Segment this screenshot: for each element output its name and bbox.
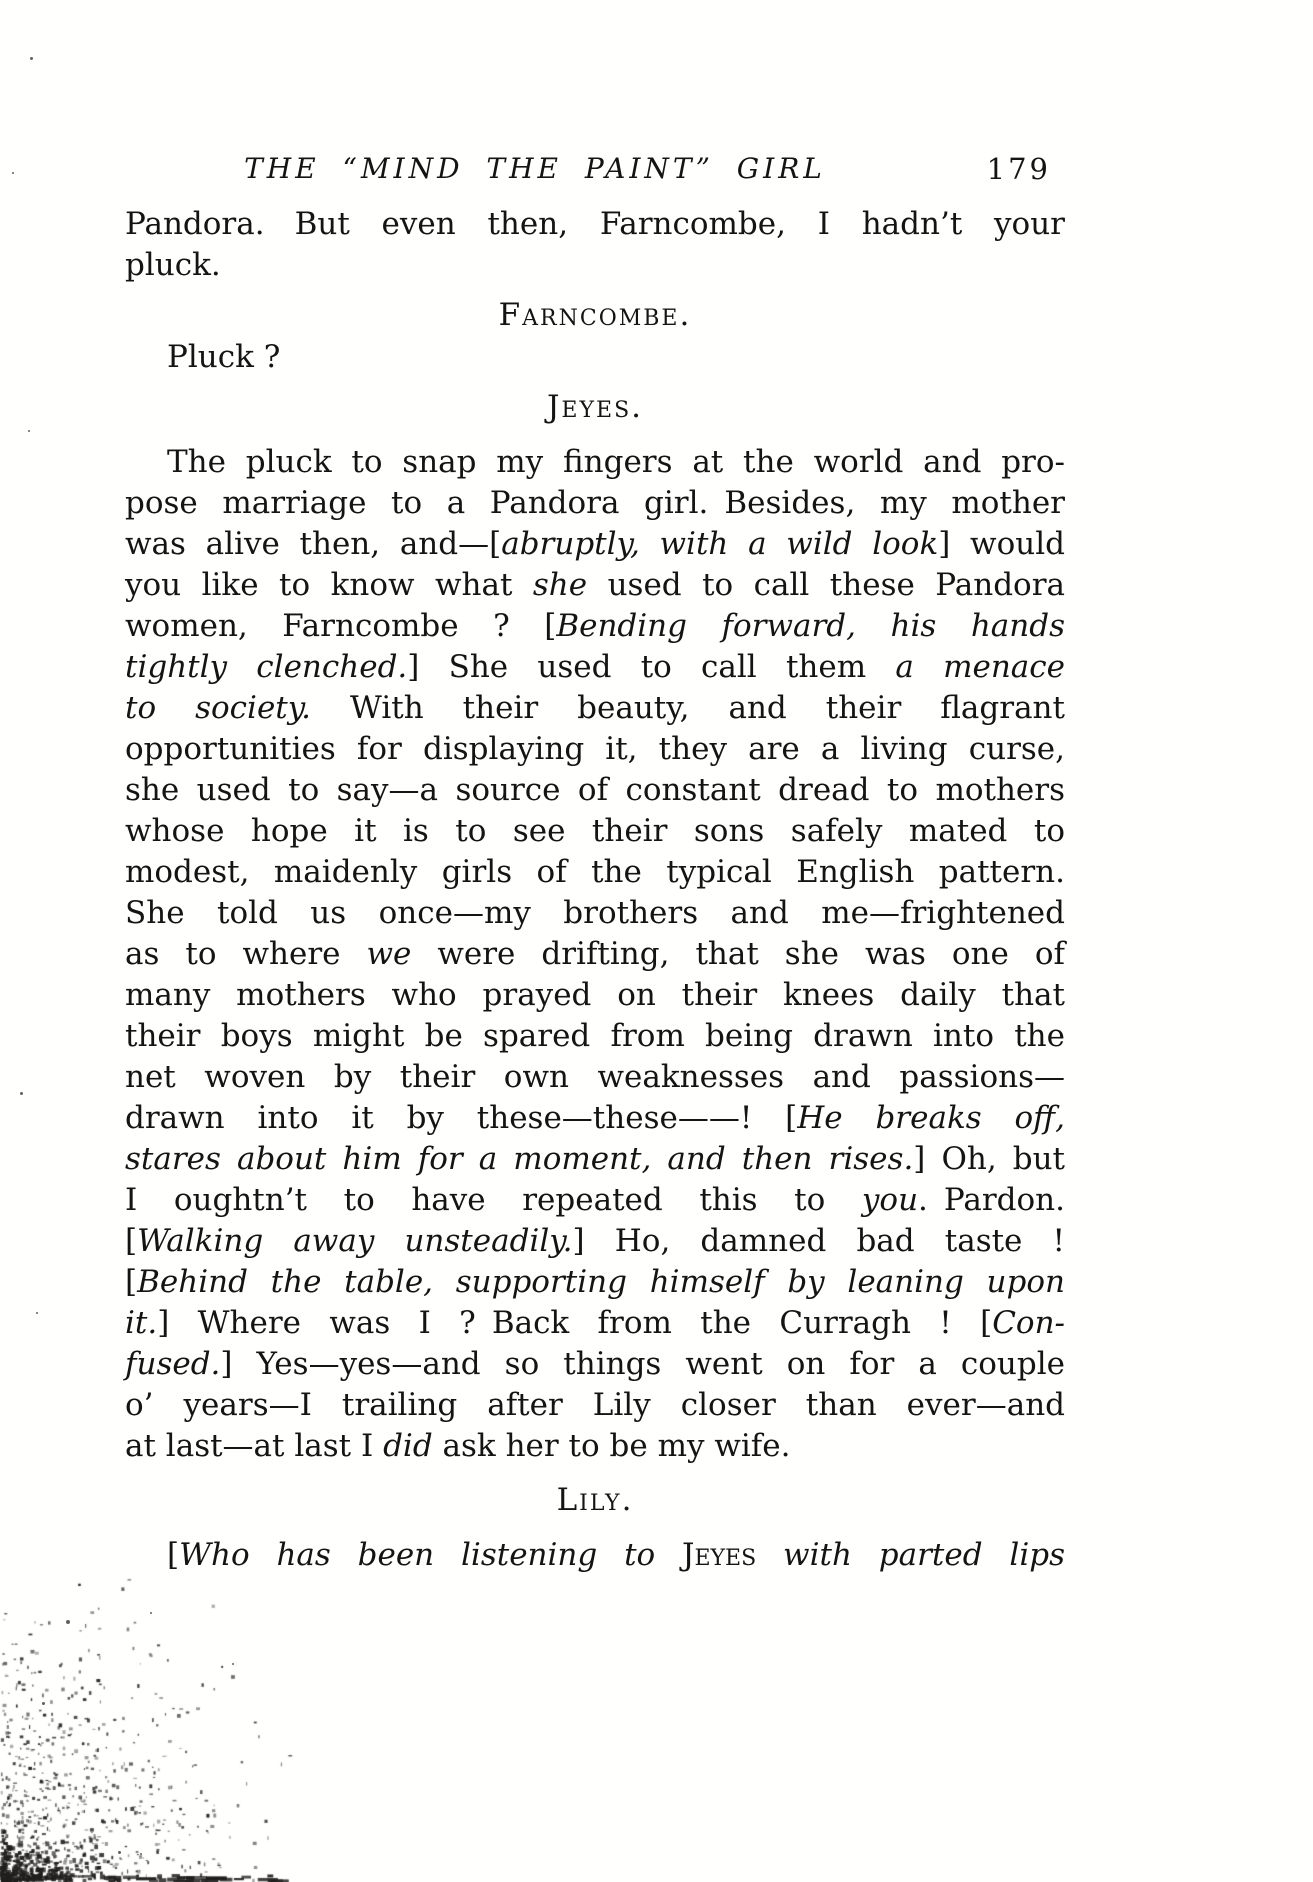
text-segment: o’ years—I trailing after Lily closer th… bbox=[125, 1387, 1065, 1423]
text-line: pluck. bbox=[125, 245, 1065, 286]
text-segment: Bending forward, his hands bbox=[556, 608, 1065, 644]
speaker-farncombe: Farncombe. bbox=[125, 295, 1065, 336]
text-segment: Con- bbox=[992, 1305, 1065, 1341]
text-segment: was alive then, and—[ bbox=[125, 526, 501, 562]
text-segment: She told us once—my brothers and me—frig… bbox=[125, 895, 1065, 931]
text-segment: drawn into it by these—these——! [ bbox=[125, 1100, 797, 1136]
text-line: I oughtn’t to have repeated this to you.… bbox=[125, 1180, 1065, 1221]
text-line: as to where we were drifting, that she w… bbox=[125, 934, 1065, 975]
farncombe-speech: Pluck ? bbox=[125, 337, 1065, 378]
text-segment: I oughtn’t to have repeated this to bbox=[125, 1182, 862, 1218]
text-segment: net woven by their own weaknesses and pa… bbox=[125, 1059, 1065, 1095]
text-segment: Walking away unsteadily. bbox=[137, 1223, 572, 1259]
text-segment: The pluck to snap my fingers at the worl… bbox=[167, 444, 1065, 480]
text-segment: Besides, my mother bbox=[724, 485, 1065, 521]
body-blocks: Pandora.But even then, Farncombe, I hadn… bbox=[125, 204, 1065, 1576]
text-line: at last—at last I did ask her to be my w… bbox=[125, 1426, 1065, 1467]
text-line: it.] Where was I ?Back from the Curragh … bbox=[125, 1303, 1065, 1344]
text-segment: women, Farncombe ? [ bbox=[125, 608, 556, 644]
scan-speck bbox=[150, 1612, 152, 1614]
document-page: THE “MIND THE PAINT” GIRL 179 Pandora.Bu… bbox=[0, 0, 1313, 1882]
text-segment: you bbox=[862, 1182, 918, 1218]
text-line: Pandora.But even then, Farncombe, I hadn… bbox=[125, 204, 1065, 245]
text-line: opportunities for displaying it, they ar… bbox=[125, 729, 1065, 770]
text-segment: fused. bbox=[125, 1346, 220, 1382]
text-line: Pluck ? bbox=[125, 337, 1065, 378]
text-line: stares about him for a moment, and then … bbox=[125, 1139, 1065, 1180]
page-header: THE “MIND THE PAINT” GIRL 179 bbox=[125, 148, 1065, 192]
text-segment: to society. bbox=[125, 690, 311, 726]
text-segment: used to call these Pandora bbox=[587, 567, 1065, 603]
scan-speck bbox=[118, 1851, 121, 1854]
text-segment: Pardon. bbox=[944, 1182, 1065, 1218]
scan-speck bbox=[42, 1702, 45, 1705]
text-line: was alive then, and—[abruptly, with a wi… bbox=[125, 524, 1065, 565]
text-segment: their boys might be spared from being dr… bbox=[125, 1018, 1065, 1054]
text-segment: modest, maidenly girls of the typical En… bbox=[125, 854, 1065, 890]
speaker-jeyes: Jeyes. bbox=[125, 387, 1065, 428]
text-segment: Pluck ? bbox=[167, 339, 280, 375]
text-line: their boys might be spared from being dr… bbox=[125, 1016, 1065, 1057]
scan-speck bbox=[66, 1620, 70, 1624]
text-line: pose marriage to a Pandora girl.Besides,… bbox=[125, 483, 1065, 524]
continuation-speech: Pandora.But even then, Farncombe, I hadn… bbox=[125, 204, 1065, 286]
text-segment: ask her to be my wife. bbox=[433, 1428, 791, 1464]
scan-speck bbox=[30, 57, 33, 60]
text-segment: ] She used to call them bbox=[407, 649, 895, 685]
text-segment: [ bbox=[125, 1264, 137, 1300]
scan-speck bbox=[20, 1092, 23, 1095]
running-title: THE “MIND THE PAINT” GIRL bbox=[125, 148, 1065, 189]
text-segment: you like to know what bbox=[125, 567, 533, 603]
page-number: 179 bbox=[987, 149, 1051, 190]
text-segment: at last—at last I bbox=[125, 1428, 383, 1464]
text-line: o’ years—I trailing after Lily closer th… bbox=[125, 1385, 1065, 1426]
text-line: [Behind the table, supporting himself by… bbox=[125, 1262, 1065, 1303]
text-line: women, Farncombe ? [Bending forward, his… bbox=[125, 606, 1065, 647]
text-segment: it. bbox=[125, 1305, 157, 1341]
text-line: tightly clenched.] She used to call them… bbox=[125, 647, 1065, 688]
text-segment: did bbox=[383, 1428, 433, 1464]
text-line: fused.] Yes—yes—and so things went on fo… bbox=[125, 1344, 1065, 1385]
text-segment: many mothers who prayed on their knees d… bbox=[125, 977, 1065, 1013]
text-segment: With their beauty, and their flagrant bbox=[311, 690, 1065, 726]
text-segment: ] would bbox=[938, 526, 1065, 562]
text-segment: abruptly, with a wild look bbox=[501, 526, 938, 562]
text-segment: as to where bbox=[125, 936, 366, 972]
jeyes-speech: The pluck to snap my fingers at the worl… bbox=[125, 442, 1065, 1467]
text-segment: Back from the Curragh ! [ bbox=[492, 1305, 992, 1341]
text-segment: we bbox=[366, 936, 411, 972]
text-segment: ] Oh, but bbox=[913, 1141, 1065, 1177]
text-segment: Jeyes bbox=[682, 1537, 756, 1573]
text-segment: But even then, Farncombe, I hadn’t your bbox=[295, 206, 1065, 242]
text-segment: she bbox=[533, 567, 587, 603]
text-segment: [ bbox=[125, 1223, 137, 1259]
text-line: she used to say—a source of constant dre… bbox=[125, 770, 1065, 811]
scan-speck bbox=[36, 1312, 38, 1314]
text-line: many mothers who prayed on their knees d… bbox=[125, 975, 1065, 1016]
text-segment: Behind the table, supporting himself by … bbox=[137, 1264, 1065, 1300]
text-segment: were drifting, that she was one of bbox=[411, 936, 1065, 972]
text-line: you like to know what she used to call t… bbox=[125, 565, 1065, 606]
scan-speck bbox=[28, 430, 30, 432]
text-segment: ] Yes—yes—and so things went on for a co… bbox=[220, 1346, 1065, 1382]
text-segment: with parted lips bbox=[756, 1537, 1065, 1573]
speaker-lily: Lily. bbox=[125, 1480, 1065, 1521]
scan-speck bbox=[12, 172, 14, 174]
text-segment: Pandora. bbox=[125, 206, 265, 242]
text-segment: ] Where was I ? bbox=[157, 1305, 476, 1341]
text-segment: stares about him for a moment, and then … bbox=[125, 1141, 913, 1177]
text-line: [Walking away unsteadily.] Ho, damned ba… bbox=[125, 1221, 1065, 1262]
text-segment: whose hope it is to see their sons safel… bbox=[125, 813, 1065, 849]
text-segment: ] Ho, damned bad taste ! bbox=[573, 1223, 1065, 1259]
text-segment: tightly clenched. bbox=[125, 649, 407, 685]
scan-noise-corner bbox=[0, 1542, 320, 1882]
text-segment: pluck. bbox=[125, 247, 221, 283]
text-segment: she used to say—a source of constant dre… bbox=[125, 772, 1065, 808]
text-line: whose hope it is to see their sons safel… bbox=[125, 811, 1065, 852]
text-line: modest, maidenly girls of the typical En… bbox=[125, 852, 1065, 893]
text-line: to society. With their beauty, and their… bbox=[125, 688, 1065, 729]
text-segment: . bbox=[918, 1182, 928, 1218]
text-line: The pluck to snap my fingers at the worl… bbox=[125, 442, 1065, 483]
text-segment: opportunities for displaying it, they ar… bbox=[125, 731, 1065, 767]
text-segment: pose marriage to a Pandora girl. bbox=[125, 485, 708, 521]
scan-speck bbox=[140, 1853, 142, 1855]
scan-speck bbox=[232, 1663, 234, 1665]
text-line: drawn into it by these—these——! [He brea… bbox=[125, 1098, 1065, 1139]
text-line: She told us once—my brothers and me—frig… bbox=[125, 893, 1065, 934]
text-segment: He breaks off, bbox=[797, 1100, 1065, 1136]
text-line: net woven by their own weaknesses and pa… bbox=[125, 1057, 1065, 1098]
text-column: THE “MIND THE PAINT” GIRL 179 Pandora.Bu… bbox=[125, 148, 1065, 1576]
text-segment: a menace bbox=[895, 649, 1065, 685]
